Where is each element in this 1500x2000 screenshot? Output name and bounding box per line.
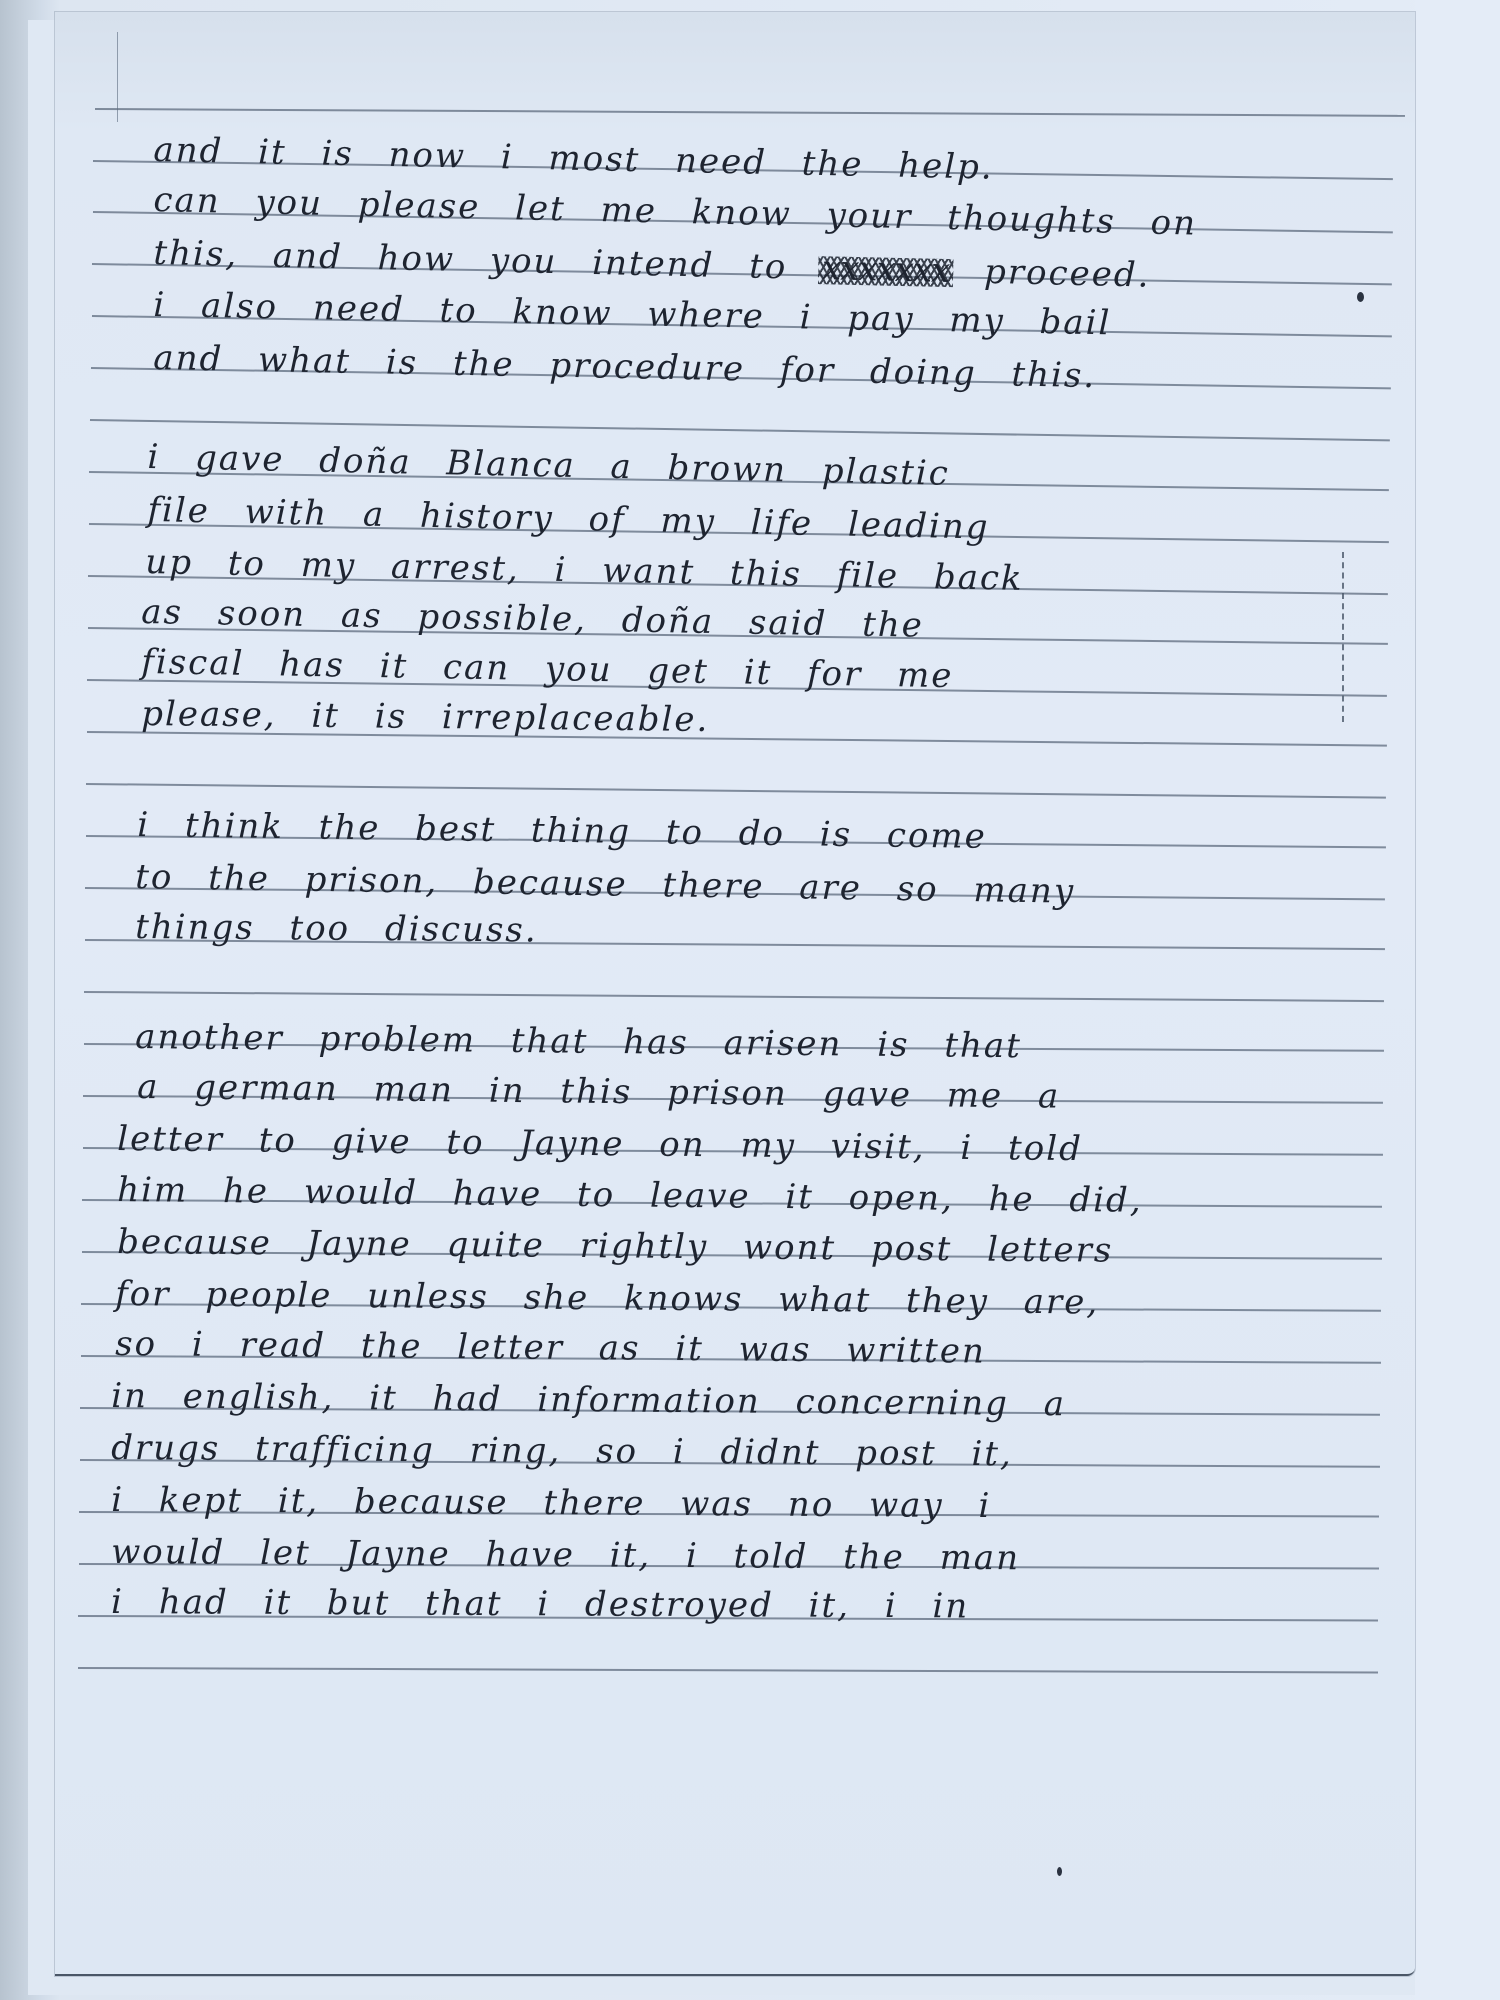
handwritten-line: i gave doña Blanca a brown plastic [147,437,950,494]
handwritten-line: and it is now i most need the help. [153,130,994,188]
handwritten-line: please, it is irreplaceable. [141,694,709,740]
handwritten-line: to the prison, because there are so many [135,857,1075,912]
margin-vertical-mark [1342,552,1344,722]
line-text-before-strike: this, and how you intend to [153,233,788,287]
ruled-line [86,783,1386,798]
handwritten-line: him he would have to leave it open, he d… [117,1170,1143,1221]
handwritten-line: can you please let me know your thoughts… [153,180,1197,244]
handwritten-line: i kept it, because there was no way i [111,1480,991,1526]
handwritten-line: because Jayne quite rightly wont post le… [117,1222,1113,1271]
handwritten-line: drugs trafficing ring, so i didnt post i… [111,1428,1013,1474]
handwritten-line: up to my arrest, i want this file back [145,542,1024,599]
handwritten-line: another problem that has arisen is that [135,1017,1022,1066]
ruled-line [90,419,1390,441]
handwritten-line: fiscal has it can you get it for me [141,642,954,696]
right-background-edge [1415,0,1500,2000]
handwritten-line: letter to give to Jayne on my visit, i t… [117,1119,1083,1169]
handwritten-line: i also need to know where i pay my bail [153,285,1112,343]
ink-dot [1057,1867,1062,1876]
handwritten-line: i think the best thing to do is come [137,805,987,857]
handwritten-line: this, and how you intend to xxxxxxx proc… [153,233,1151,296]
handwritten-line: file with a history of my life leading [147,490,990,548]
ruled-line [95,108,1405,116]
ruled-line [84,991,1384,1002]
line-text-after-strike: proceed. [984,252,1151,296]
letter-page: and it is now i most need the help. can … [55,12,1415,1976]
handwritten-line: in english, it had information concernin… [111,1376,1066,1424]
handwritten-line: for people unless she knows what they ar… [115,1274,1099,1323]
ruled-line [78,1667,1378,1673]
handwritten-line: i had it but that i destroyed it, i in [111,1582,969,1626]
handwritten-line: would let Jayne have it, i told the man [111,1532,1020,1578]
handwritten-line: and what is the procedure for doing this… [153,338,1097,396]
handwritten-line: things too discuss. [135,907,538,951]
struck-out-word: xxxxxxx [822,248,950,291]
handwritten-line: a german man in this prison gave me a [137,1067,1060,1117]
handwritten-line: so i read the letter as it was written [115,1324,986,1372]
handwritten-line: as soon as possible, doña said the [141,592,924,646]
ink-dot [1357,292,1364,302]
